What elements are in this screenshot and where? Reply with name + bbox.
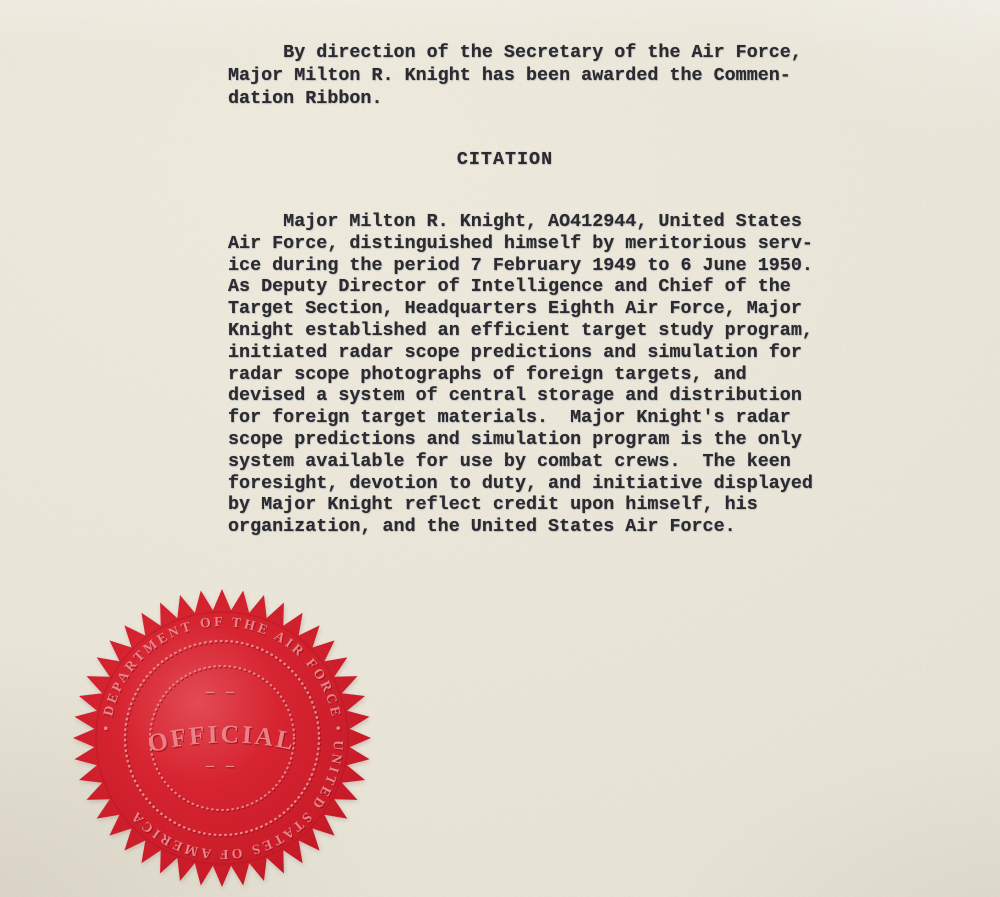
body-line: Target Section, Headquarters Eighth Air … [228, 298, 828, 320]
body-line: ice during the period 7 February 1949 to… [228, 255, 828, 277]
body-line: by Major Knight reflect credit upon hims… [228, 494, 828, 516]
body-line: Air Force, distinguished himself by meri… [228, 233, 828, 255]
body-line: foresight, devotion to duty, and initiat… [228, 473, 828, 495]
body-line: scope predictions and simulation program… [228, 429, 828, 451]
body-line: radar scope photographs of foreign targe… [228, 364, 828, 386]
body-line: system available for use by combat crews… [228, 451, 828, 473]
body-line: devised a system of central storage and … [228, 385, 828, 407]
official-embossed-seal: • DEPARTMENT OF THE AIR FORCE • UNITED S… [72, 588, 372, 888]
intro-line: By direction of the Secretary of the Air… [228, 41, 828, 64]
intro-paragraph: By direction of the Secretary of the Air… [228, 41, 828, 110]
scanned-citation-page: By direction of the Secretary of the Air… [0, 0, 1000, 897]
body-line: As Deputy Director of Intelligence and C… [228, 276, 828, 298]
intro-line: Major Milton R. Knight has been awarded … [228, 64, 828, 87]
seal-ornament-top: – – [205, 683, 238, 700]
body-line: for foreign target materials. Major Knig… [228, 407, 828, 429]
body-line: Knight established an efficient target s… [228, 320, 828, 342]
body-line: initiated radar scope predictions and si… [228, 342, 828, 364]
intro-line: dation Ribbon. [228, 87, 828, 110]
citation-body-paragraph: Major Milton R. Knight, AO412944, United… [228, 211, 828, 538]
seal-ornament-bottom: – – [205, 757, 238, 774]
citation-heading: CITATION [213, 149, 797, 170]
body-line: Major Milton R. Knight, AO412944, United… [228, 211, 828, 233]
body-line: organization, and the United States Air … [228, 516, 828, 538]
